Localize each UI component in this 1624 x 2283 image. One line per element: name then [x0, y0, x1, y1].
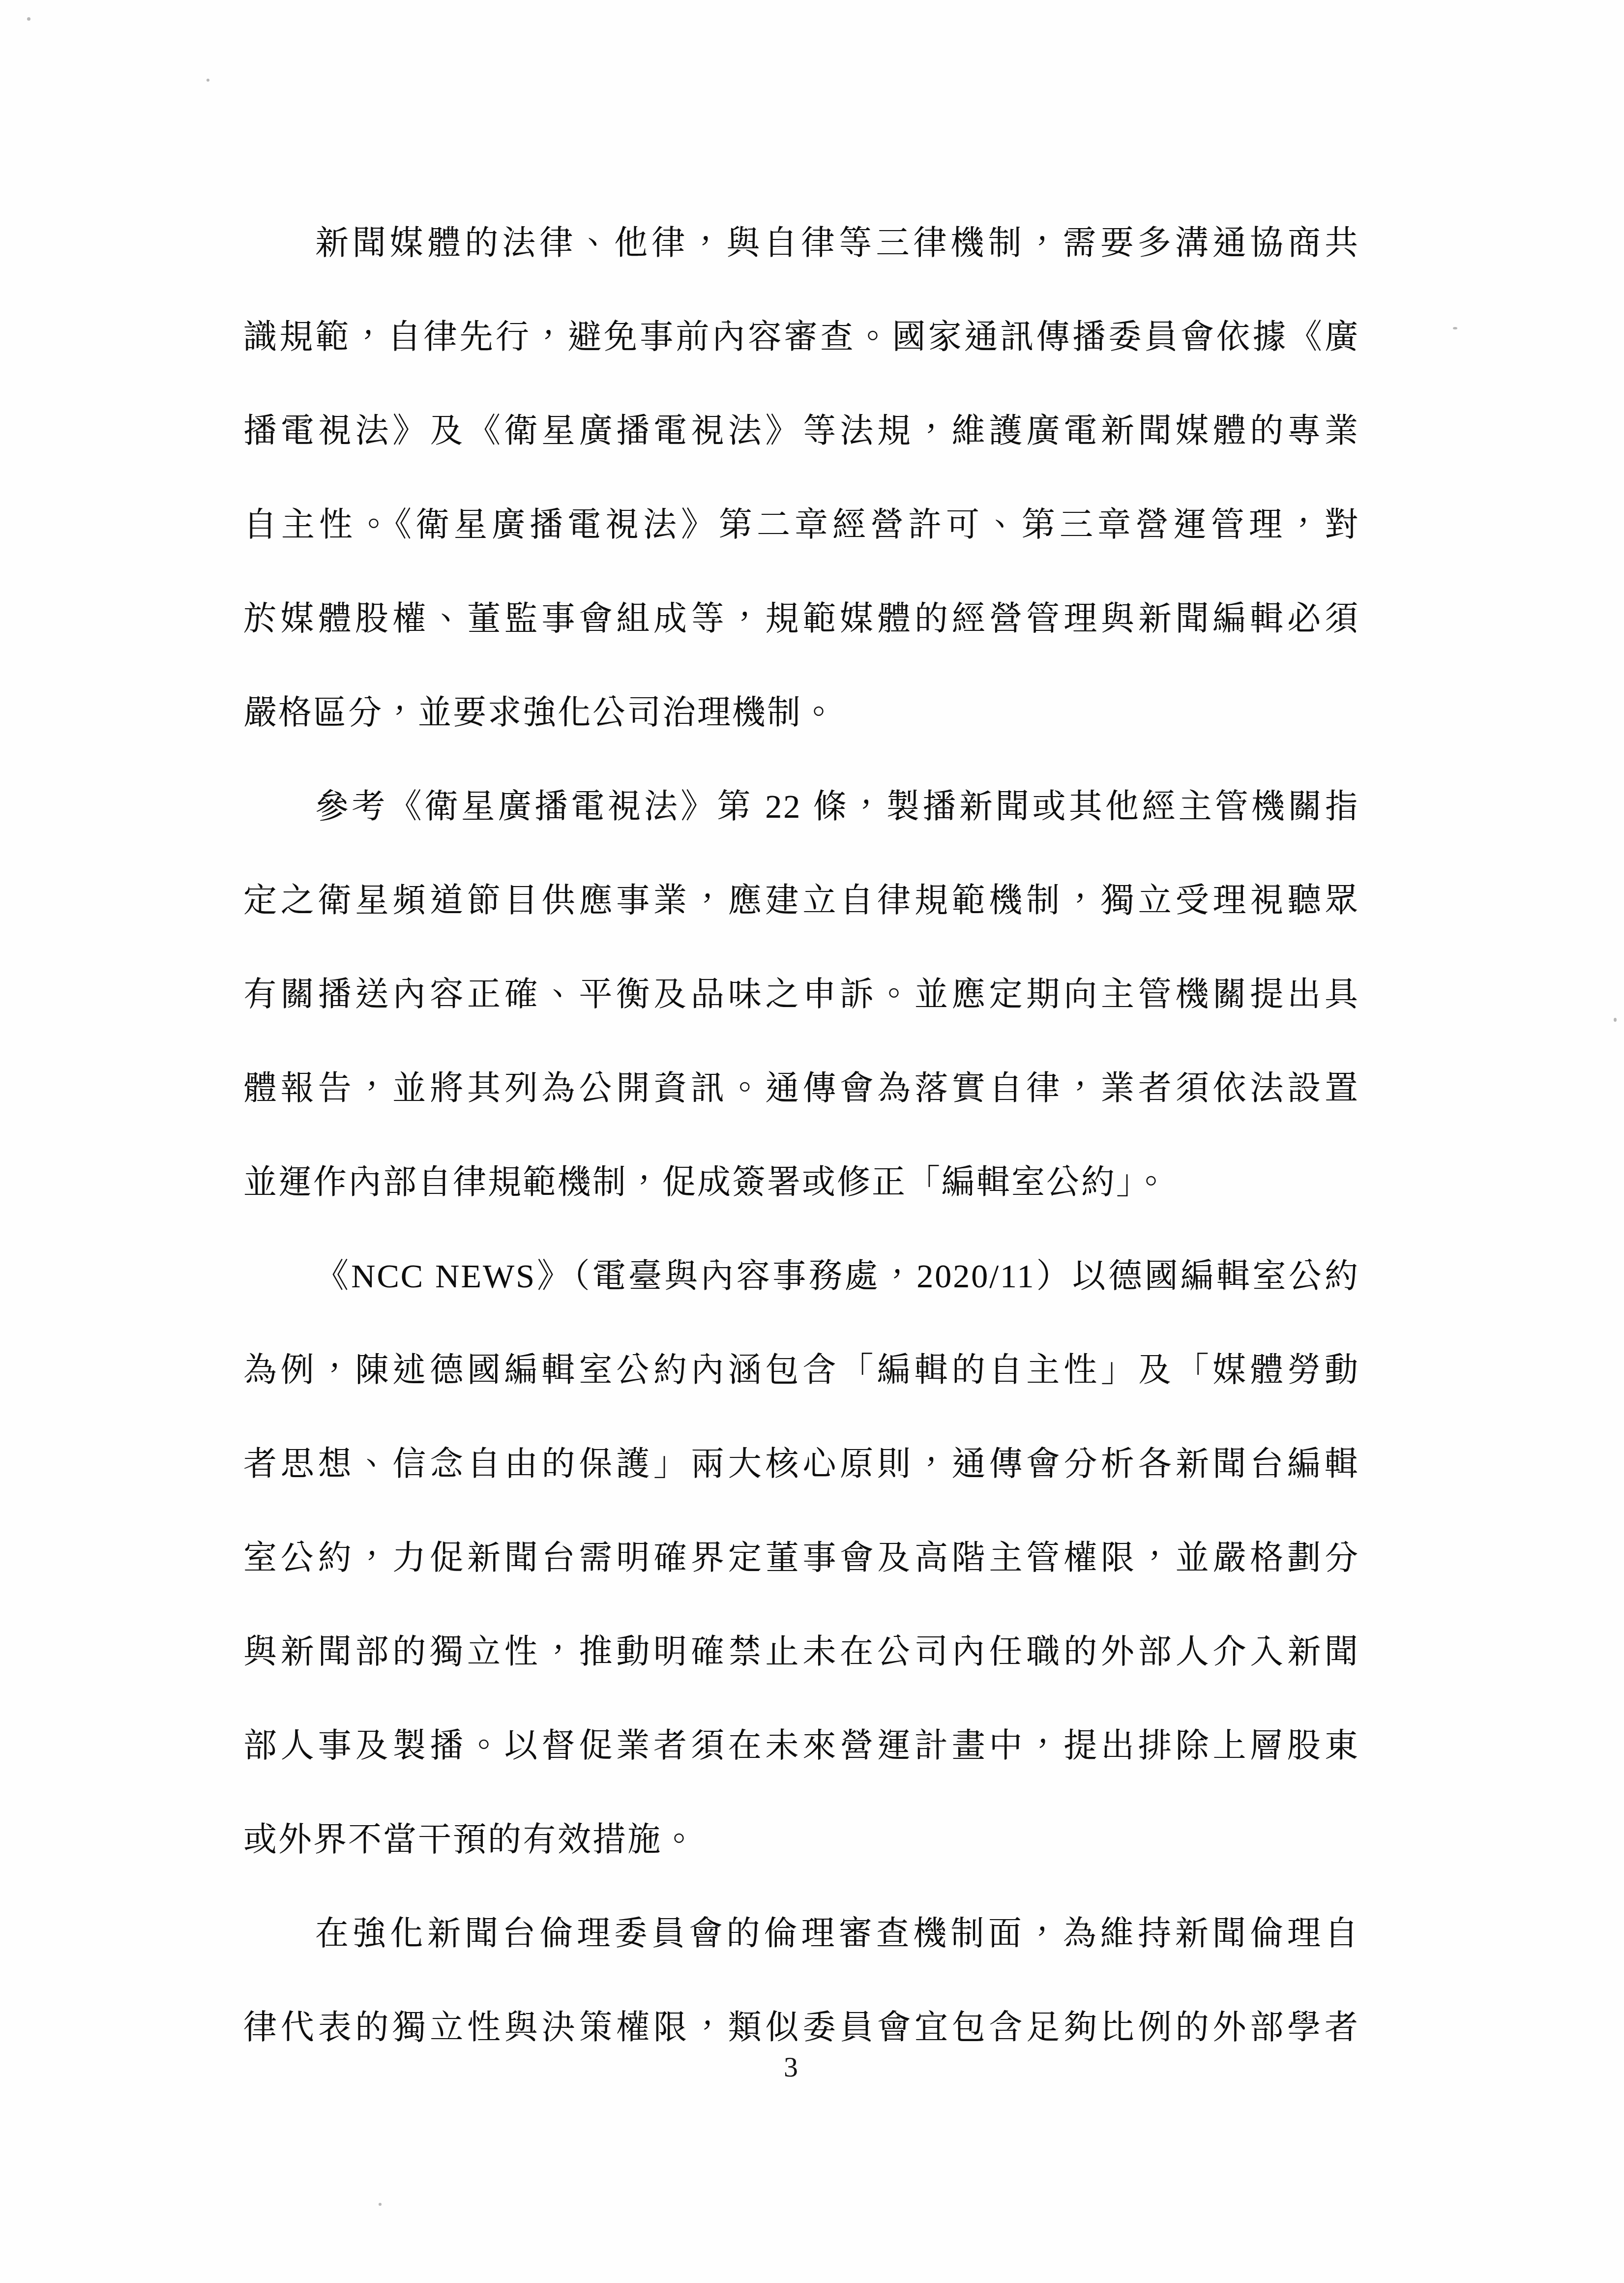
text-line: 與新聞部的獨立性，推動明確禁止未在公司內任職的外部人介入新聞 [243, 1605, 1359, 1699]
text-line: 於媒體股權、董監事會組成等，規範媒體的經營管理與新聞編輯必須 [243, 572, 1359, 666]
text-line: 並運作內部自律規範機制，促成簽署或修正「編輯室公約」。 [243, 1135, 1359, 1229]
scan-speck [1155, 1753, 1158, 1755]
text-line: 自主性。《衛星廣播電視法》第二章經營許可、第三章營運管理，對 [243, 478, 1359, 572]
scanned-document-page: 新聞媒體的法律、他律，與自律等三律機制，需要多溝通協商共 識規範，自律先行，避免… [0, 0, 1624, 2283]
scan-speck [1453, 327, 1457, 329]
text-line: 《NCC NEWS》（電臺與內容事務處，2020/11）以德國編輯室公約 [243, 1229, 1359, 1323]
text-line: 定之衛星頻道節目供應事業，應建立自律規範機制，獨立受理視聽眾 [243, 854, 1359, 948]
text-line: 識規範，自律先行，避免事前內容審查。國家通訊傳播委員會依據《廣 [243, 290, 1359, 384]
page-number: 3 [0, 2051, 1603, 2083]
scan-speck [379, 2203, 382, 2206]
text-line: 嚴格區分，並要求強化公司治理機制。 [243, 666, 1359, 760]
paragraph-3: 《NCC NEWS》（電臺與內容事務處，2020/11）以德國編輯室公約 為例，… [243, 1229, 1359, 1887]
text-line: 有關播送內容正確、平衡及品味之申訴。並應定期向主管機關提出具 [243, 948, 1359, 1041]
text-line: 或外界不當干預的有效措施。 [243, 1793, 1359, 1887]
body-text: 新聞媒體的法律、他律，與自律等三律機制，需要多溝通協商共 識規範，自律先行，避免… [243, 196, 1359, 2075]
text-line: 體報告，並將其列為公開資訊。通傳會為落實自律，業者須依法設置 [243, 1041, 1359, 1135]
paragraph-4: 在強化新聞台倫理委員會的倫理審查機制面，為維持新聞倫理自 律代表的獨立性與決策權… [243, 1887, 1359, 2075]
text-line: 播電視法》及《衛星廣播電視法》等法規，維護廣電新聞媒體的專業 [243, 384, 1359, 478]
text-line: 在強化新聞台倫理委員會的倫理審查機制面，為維持新聞倫理自 [243, 1887, 1359, 1981]
text-line: 新聞媒體的法律、他律，與自律等三律機制，需要多溝通協商共 [243, 196, 1359, 290]
text-line: 部人事及製播。以督促業者須在未來營運計畫中，提出排除上層股東 [243, 1699, 1359, 1793]
text-line: 為例，陳述德國編輯室公約內涵包含「編輯的自主性」及「媒體勞動 [243, 1323, 1359, 1417]
scan-speck [1614, 1018, 1617, 1022]
scan-speck [207, 79, 209, 82]
scan-speck [27, 17, 30, 21]
text-line: 室公約，力促新聞台需明確界定董事會及高階主管權限，並嚴格劃分 [243, 1511, 1359, 1605]
paragraph-1: 新聞媒體的法律、他律，與自律等三律機制，需要多溝通協商共 識規範，自律先行，避免… [243, 196, 1359, 760]
text-line: 者思想、信念自由的保護」兩大核心原則，通傳會分析各新聞台編輯 [243, 1417, 1359, 1511]
text-line: 參考《衛星廣播電視法》第 22 條，製播新聞或其他經主管機關指 [243, 760, 1359, 854]
paragraph-2: 參考《衛星廣播電視法》第 22 條，製播新聞或其他經主管機關指 定之衛星頻道節目… [243, 760, 1359, 1229]
